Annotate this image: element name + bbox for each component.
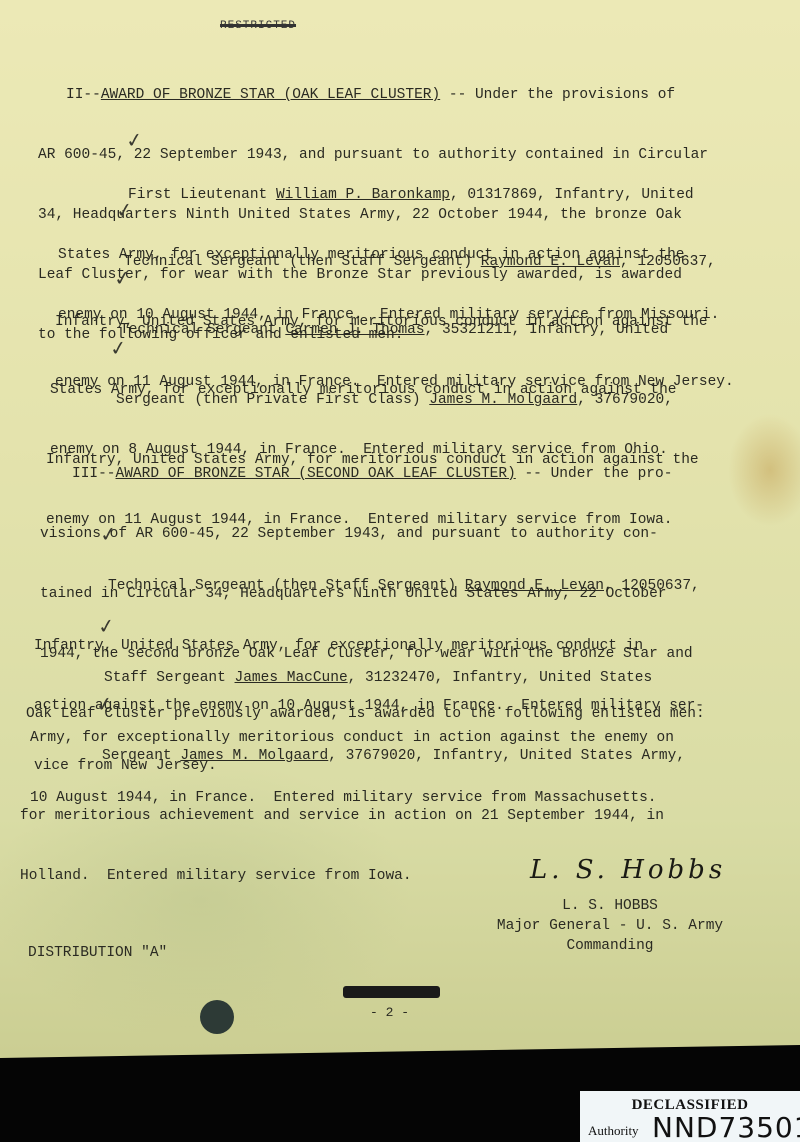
signature-block: L. S. HOBBS Major General - U. S. Army C… xyxy=(470,896,750,956)
recipient-name: Raymond E. Levan xyxy=(465,578,604,594)
declassified-stamp: DECLASSIFIED Authority NND735017 xyxy=(580,1091,800,1142)
signer-role: Commanding xyxy=(470,936,750,956)
section-iii-number: III-- xyxy=(72,466,116,482)
recipient-name: William P. Baronkamp xyxy=(276,187,450,203)
recipient-name: James M. Molgaard xyxy=(429,392,577,408)
signer-name: L. S. HOBBS xyxy=(470,896,750,916)
page-number: - 2 - xyxy=(370,1005,409,1020)
recipient-name: James MacCune xyxy=(235,670,348,686)
signer-title: Major General - U. S. Army xyxy=(470,916,750,936)
punch-hole xyxy=(200,1000,234,1034)
section-ii-number: II-- xyxy=(66,87,101,103)
stamp-authority-number: NND735017 xyxy=(652,1111,800,1142)
stamp-authority-label: Authority xyxy=(588,1123,639,1139)
distribution-line: DISTRIBUTION "A" xyxy=(28,945,167,961)
restricted-marking-top: RESTRICTED xyxy=(220,20,296,32)
restricted-marking-bottom xyxy=(343,986,440,998)
recipient-name: Carmen J. Thomas xyxy=(285,322,424,338)
section-iii-heading: AWARD OF BRONZE STAR (SECOND OAK LEAF CL… xyxy=(116,466,516,482)
section-ii-heading: AWARD OF BRONZE STAR (OAK LEAF CLUSTER) xyxy=(101,87,440,103)
recipient-name: James M. Molgaard xyxy=(180,748,328,764)
recipient-name: Raymond E. Levan xyxy=(481,254,620,270)
handwritten-signature: L. S. Hobbs xyxy=(530,855,726,885)
